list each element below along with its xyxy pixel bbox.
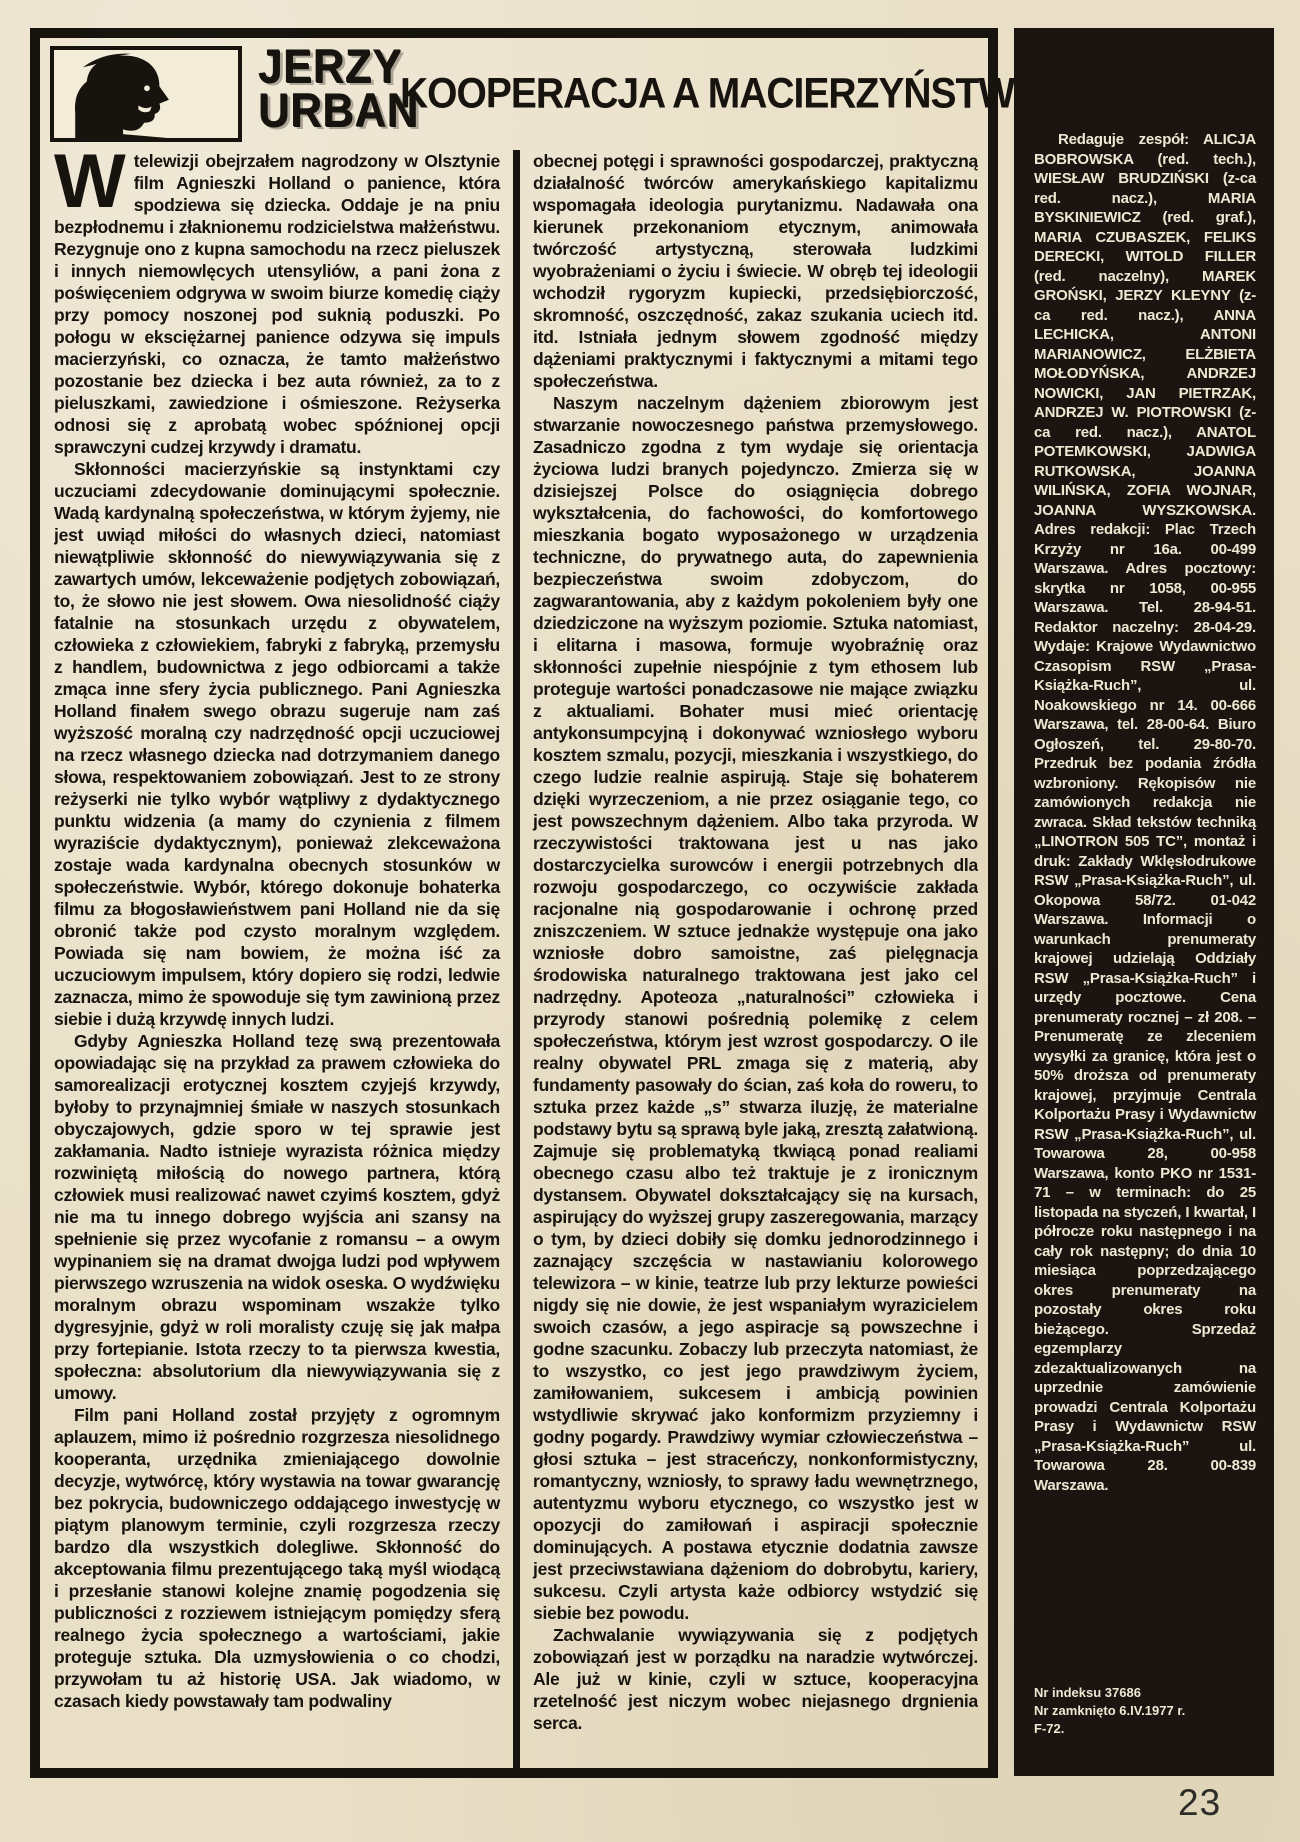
paragraph: Zachwalanie wywiązywania się z podjętych… <box>533 1624 978 1734</box>
column-divider <box>513 150 520 1768</box>
drop-cap: W <box>54 150 134 210</box>
paragraph: Skłonności macierzyńskie są instynktami … <box>54 458 500 1030</box>
closing-date: Nr zamknięto 6.IV.1977 r. <box>1034 1702 1185 1720</box>
masthead-footer: Nr indeksu 37686 Nr zamknięto 6.IV.1977 … <box>1034 1684 1185 1738</box>
paragraph: Film pani Holland został przyjęty z ogro… <box>54 1404 500 1712</box>
article-frame: JERZY URBAN KOOPERACJA A MACIERZYŃSTWO W… <box>30 28 998 1778</box>
masthead-text: Redaguje zespół: ALICJA BOBROWSKA (red. … <box>1034 130 1256 1495</box>
page-number: 23 <box>1178 1782 1221 1824</box>
article-title: KOOPERACJA A MACIERZYŃSTWO <box>400 70 985 118</box>
paragraph: Wtelewizji obejrzałem nagrodzony w Olszt… <box>54 150 500 458</box>
paragraph: Naszym naczelnym dążeniem zbiorowym jest… <box>533 392 978 1624</box>
article-column-2: obecnej potęgi i sprawności gospodarczej… <box>533 150 978 1768</box>
author-logo-line2: URBAN <box>258 88 419 132</box>
author-logo-line1: JERZY <box>258 44 419 88</box>
issue-code: F-72. <box>1034 1720 1185 1738</box>
paragraph: obecnej potęgi i sprawności gospodarczej… <box>533 150 978 392</box>
masthead-sidebar: Redaguje zespół: ALICJA BOBROWSKA (red. … <box>1014 28 1274 1776</box>
article-columns: Wtelewizji obejrzałem nagrodzony w Olszt… <box>54 150 978 1768</box>
author-silhouette-icon <box>54 50 238 138</box>
paragraph: Gdyby Agnieszka Holland tezę swą prezent… <box>54 1030 500 1404</box>
article-column-1: Wtelewizji obejrzałem nagrodzony w Olszt… <box>54 150 500 1768</box>
index-number: Nr indeksu 37686 <box>1034 1684 1185 1702</box>
author-portrait <box>50 46 242 142</box>
